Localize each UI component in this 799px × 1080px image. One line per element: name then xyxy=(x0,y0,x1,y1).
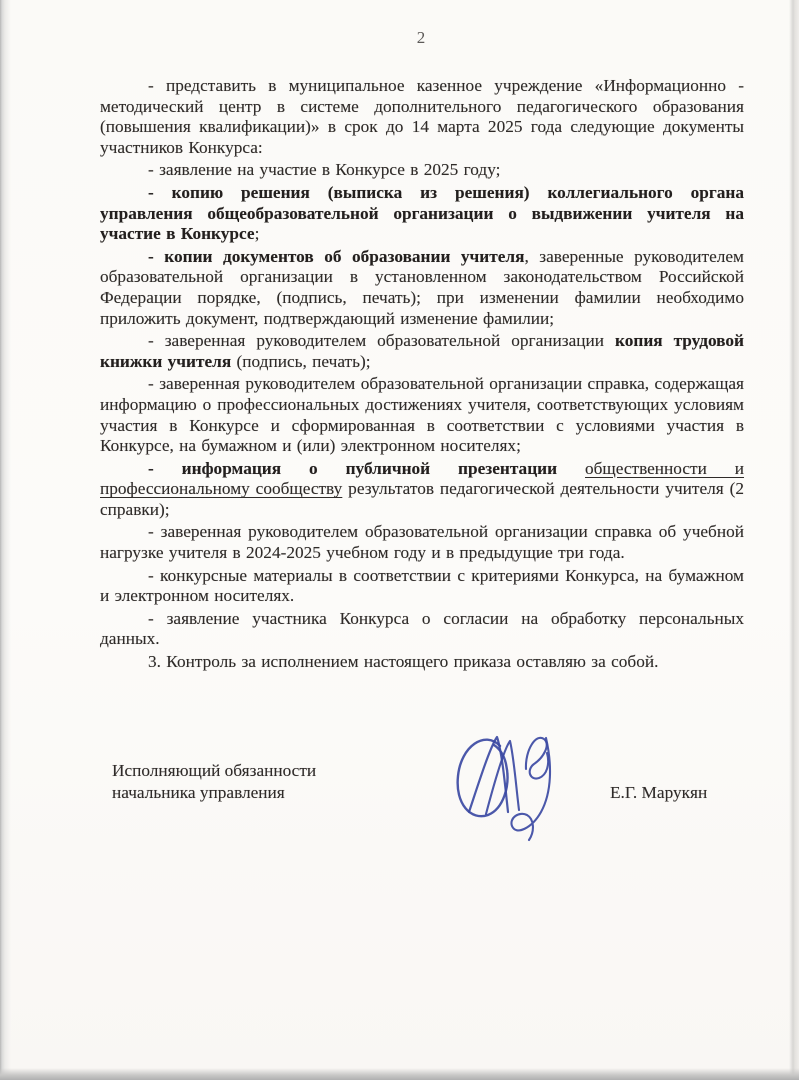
scan-edge-bottom xyxy=(0,1068,799,1080)
text-segment: - заявление на участие в Конкурсе в 2025… xyxy=(148,160,500,179)
paragraph: 3. Контроль за исполнением настоящего пр… xyxy=(100,652,744,673)
page-number: 2 xyxy=(100,28,743,48)
paragraph: - представить в муниципальное казенное у… xyxy=(100,76,744,158)
paragraph: - заверенная руководителем образовательн… xyxy=(100,374,744,456)
text-segment: - конкурсные материалы в соответствии с … xyxy=(100,566,744,606)
text-segment: ; xyxy=(255,224,260,243)
paragraph: - копии документов об образовании учител… xyxy=(100,247,744,329)
scan-edge-left xyxy=(0,0,11,1080)
paragraph: - заявление участника Конкурса о согласи… xyxy=(100,609,744,650)
text-segment: 3. Контроль за исполнением настоящего пр… xyxy=(148,652,658,671)
paragraph: - информация о публичной презентации общ… xyxy=(100,459,744,521)
text-segment: - заверенная руководителем образовательн… xyxy=(148,331,615,350)
signer-position-line1: Исполняющий обязанности xyxy=(112,760,316,782)
text-segment: - представить в муниципальное казенное у… xyxy=(100,76,744,157)
text-segment: - копии документов об образовании учител… xyxy=(148,247,524,266)
signer-name: Е.Г. Марукян xyxy=(610,783,707,803)
paragraph: - заявление на участие в Конкурсе в 2025… xyxy=(100,160,744,181)
document-body: - представить в муниципальное казенное у… xyxy=(100,76,744,675)
text-segment: - заверенная руководителем образовательн… xyxy=(100,522,744,562)
handwritten-signature-icon xyxy=(443,720,575,846)
paragraph: - копию решения (выписка из решения) кол… xyxy=(100,183,744,245)
text-segment: - заявление участника Конкурса о согласи… xyxy=(100,609,744,649)
paragraph: - конкурсные материалы в соответствии с … xyxy=(100,566,744,607)
signer-position: Исполняющий обязанности начальника управ… xyxy=(112,760,316,804)
document-page: 2 - представить в муниципальное казенное… xyxy=(0,0,799,1080)
text-segment: - информация о публичной презентации xyxy=(148,459,585,478)
text-segment: - заверенная руководителем образовательн… xyxy=(100,374,744,455)
scan-edge-right xyxy=(789,0,799,1080)
text-segment: (подпись, печать); xyxy=(231,352,370,371)
paragraph: - заверенная руководителем образовательн… xyxy=(100,331,744,372)
paragraph: - заверенная руководителем образовательн… xyxy=(100,522,744,563)
text-segment: - копию решения (выписка из решения) кол… xyxy=(100,183,744,243)
signer-position-line2: начальника управления xyxy=(112,782,316,804)
